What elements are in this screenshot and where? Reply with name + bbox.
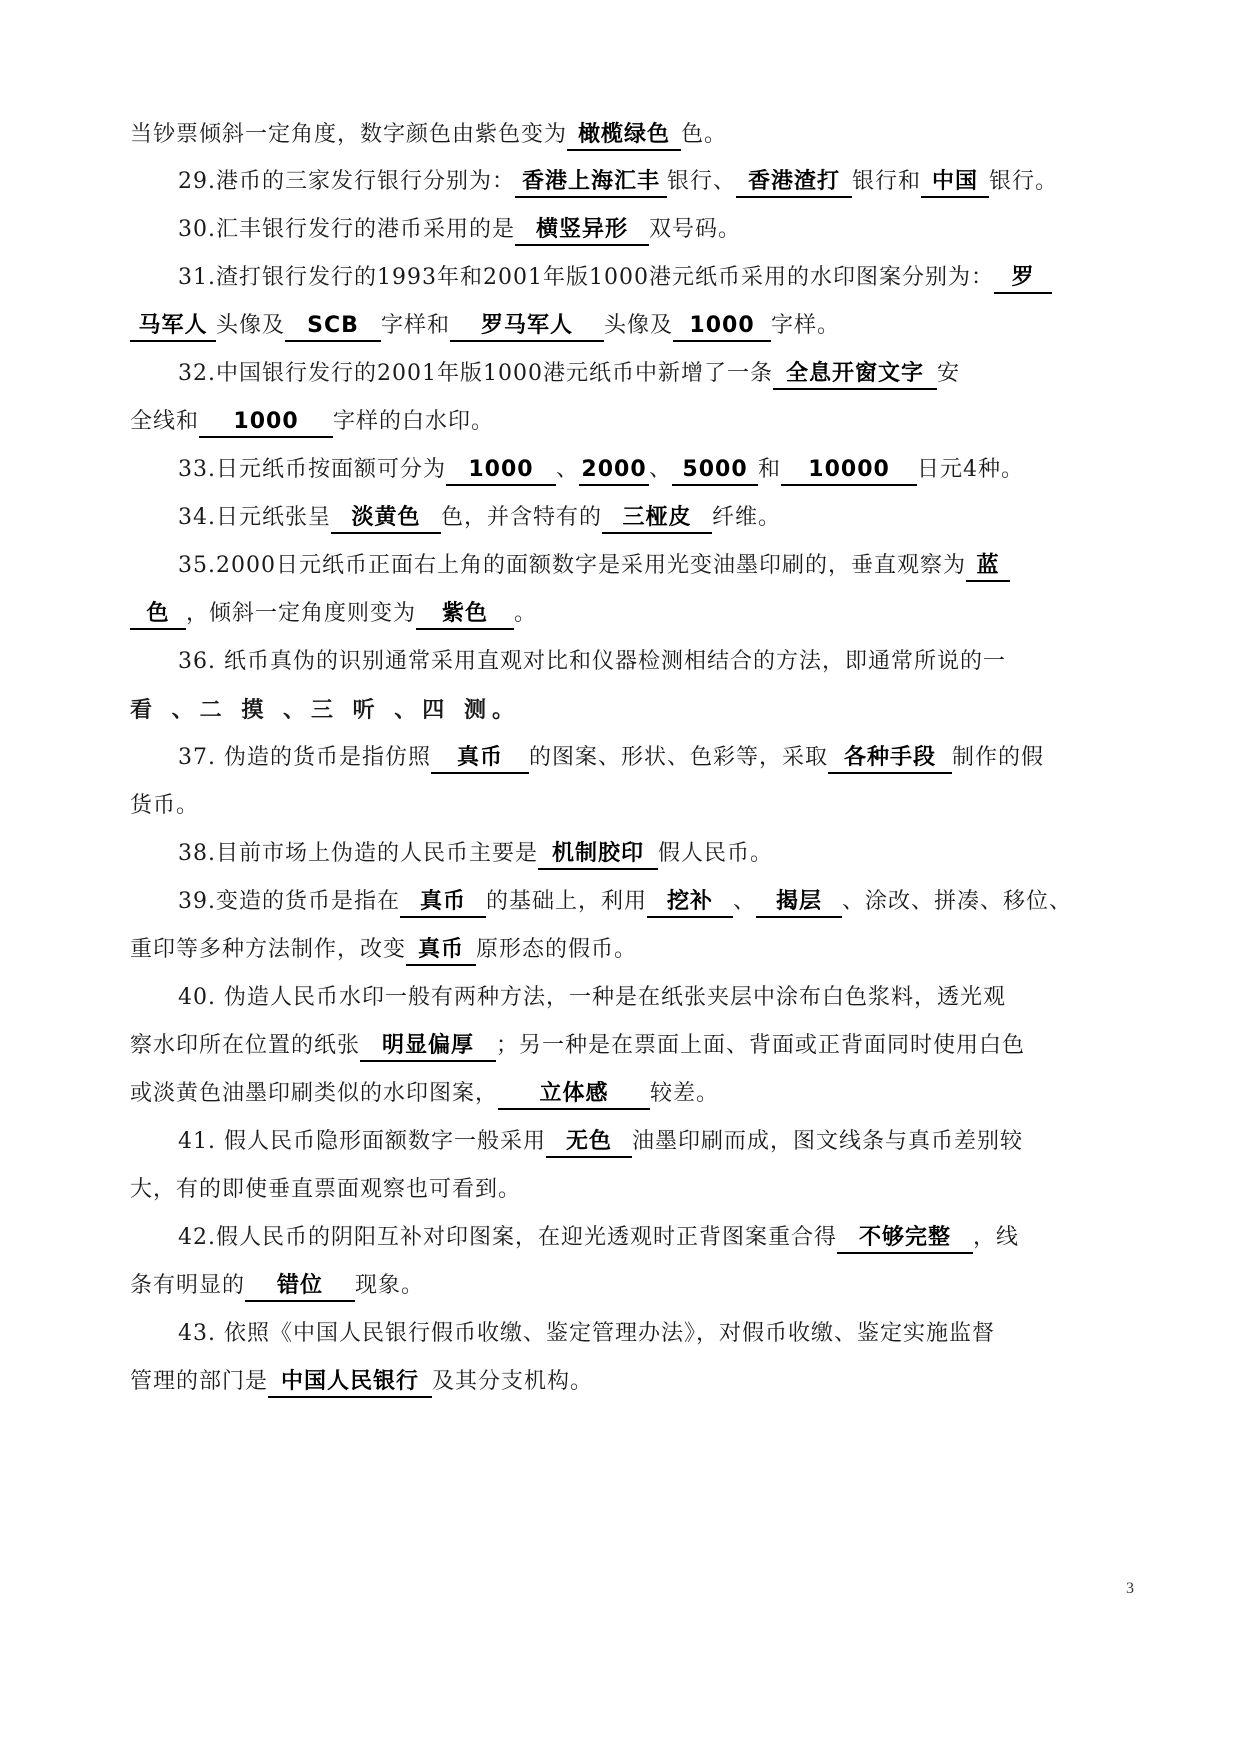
text-line-l40b: 察水印所在位置的纸张明显偏厚；另一种是在票面上面、背面或正背面同时使用白色	[130, 1029, 1140, 1063]
answer-blank: 1000	[446, 456, 556, 486]
text-segment: 当钞票倾斜一定角度，数字颜色由紫色变为	[130, 122, 567, 147]
text-line-l42b: 条有明显的错位现象。	[130, 1269, 1140, 1303]
text-line-l40a: 40. 伪造人民币水印一般有两种方法，一种是在纸张夹层中涂布白色浆料，透光观	[178, 981, 1138, 1015]
text-segment: 银行和	[852, 169, 921, 194]
answer-blank: 三桠皮	[602, 504, 712, 534]
document-page: 当钞票倾斜一定角度，数字颜色由紫色变为橄榄绿色色。29.港币的三家发行银行分别为…	[0, 0, 1241, 1754]
text-segment: 。	[514, 601, 537, 626]
answer-blank: 真币	[400, 888, 486, 918]
answer-blank: 罗	[994, 264, 1052, 294]
text-line-l32a: 32.中国银行发行的2001年版1000港元纸币中新增了一条全息开窗文字安	[178, 357, 1138, 391]
text-segment: 全线和	[130, 409, 199, 434]
text-segment: 银行。	[989, 169, 1058, 194]
answer-blank: 各种手段	[828, 744, 952, 774]
answer-blank: 无色	[546, 1128, 632, 1158]
answer-blank: 真币	[431, 744, 529, 774]
text-segment: 看 、二 摸 、三 听 、四 测。	[130, 697, 520, 723]
text-segment: ，倾斜一定角度则变为	[186, 601, 416, 626]
text-segment: 34.日元纸张呈	[178, 505, 331, 530]
text-segment: ；另一种是在票面上面、背面或正背面同时使用白色	[496, 1033, 1025, 1058]
text-segment: 原形态的假币。	[476, 937, 637, 962]
text-segment: 或淡黄色油墨印刷类似的水印图案，	[130, 1081, 498, 1106]
text-segment: 33.日元纸币按面额可分为	[178, 457, 446, 482]
answer-blank: 中国	[921, 168, 989, 198]
answer-blank: 错位	[245, 1272, 355, 1302]
answer-blank: 机制胶印	[538, 840, 658, 870]
text-segment: 银行、	[667, 169, 736, 194]
text-segment: 、	[556, 457, 579, 482]
text-segment: 41. 假人民币隐形面额数字一般采用	[178, 1129, 546, 1154]
text-line-l41b: 大，有的即使垂直票面观察也可看到。	[130, 1173, 1140, 1207]
text-segment: 头像及	[604, 313, 673, 338]
answer-blank: 5000	[672, 456, 758, 486]
answer-blank: 淡黄色	[331, 504, 441, 534]
text-segment: 较差。	[650, 1081, 719, 1106]
text-segment: 32.中国银行发行的2001年版1000港元纸币中新增了一条	[178, 361, 773, 386]
text-segment: 安	[937, 361, 960, 386]
text-line-l41a: 41. 假人民币隐形面额数字一般采用无色油墨印刷而成，图文线条与真币差别较	[178, 1125, 1138, 1159]
text-segment: 货币。	[130, 793, 199, 818]
text-segment: 假人民币。	[658, 841, 773, 866]
answer-blank: 揭层	[756, 888, 842, 918]
text-segment: 30.汇丰银行发行的港币采用的是	[178, 217, 515, 242]
text-line-l34: 34.日元纸张呈淡黄色色，并含特有的三桠皮纤维。	[178, 501, 1138, 535]
text-segment: 40. 伪造人民币水印一般有两种方法，一种是在纸张夹层中涂布白色浆料，透光观	[178, 985, 1006, 1010]
answer-blank: 橄榄绿色	[567, 121, 681, 151]
text-line-l35b: 色，倾斜一定角度则变为紫色。	[130, 597, 1140, 631]
text-line-l31a: 31.渣打银行发行的1993年和2001年版1000港元纸币采用的水印图案分别为…	[178, 261, 1138, 295]
text-line-l42a: 42.假人民币的阴阳互补对印图案，在迎光透观时正背图案重合得不够完整，线	[178, 1221, 1138, 1255]
answer-blank: 全息开窗文字	[773, 360, 937, 390]
text-segment: 察水印所在位置的纸张	[130, 1033, 360, 1058]
text-line-l31b: 马军人头像及SCB字样和罗马军人头像及1000字样。	[130, 309, 1140, 343]
text-line-l39a: 39.变造的货币是指在真币的基础上，利用挖补、揭层、涂改、拼凑、移位、	[178, 885, 1138, 919]
text-segment: 43. 依照《中国人民银行假币收缴、鉴定管理办法》，对假币收缴、鉴定实施监督	[178, 1321, 995, 1346]
text-segment: 35.2000日元纸币正面右上角的面额数字是采用光变油墨印刷的，垂直观察为	[178, 553, 966, 578]
text-segment: 37. 伪造的货币是指仿照	[178, 745, 431, 770]
answer-blank: 10000	[781, 456, 917, 486]
text-segment: 纤维。	[712, 505, 781, 530]
text-segment: 色，并含特有的	[441, 505, 602, 530]
text-segment: 29.港币的三家发行银行分别为：	[178, 169, 515, 194]
text-segment: 的图案、形状、色彩等，采取	[529, 745, 828, 770]
text-line-l36a: 36. 纸币真伪的识别通常采用直观对比和仪器检测相结合的方法，即通常所说的一	[178, 645, 1138, 679]
text-segment: 、	[649, 457, 672, 482]
text-line-l0: 当钞票倾斜一定角度，数字颜色由紫色变为橄榄绿色色。	[130, 118, 1140, 152]
page-number: 3	[1126, 1580, 1134, 1598]
text-segment: 字样和	[381, 313, 450, 338]
answer-blank: 横竖异形	[515, 216, 649, 246]
answer-blank: 真币	[406, 936, 476, 966]
text-segment: 头像及	[216, 313, 285, 338]
text-segment: 及其分支机构。	[432, 1369, 593, 1394]
text-line-l37a: 37. 伪造的货币是指仿照真币的图案、形状、色彩等，采取各种手段制作的假	[178, 741, 1138, 775]
text-segment: 36. 纸币真伪的识别通常采用直观对比和仪器检测相结合的方法，即通常所说的一	[178, 649, 1006, 674]
text-segment: 重印等多种方法制作，改变	[130, 937, 406, 962]
answer-blank: 马军人	[130, 312, 216, 342]
answer-blank: 中国人民银行	[268, 1368, 432, 1398]
text-line-l36b: 看 、二 摸 、三 听 、四 测。	[130, 693, 1140, 727]
text-line-l33: 33.日元纸币按面额可分为1000、2000、5000和10000日元4种。	[178, 453, 1138, 487]
text-segment: 双号码。	[649, 217, 741, 242]
text-segment: 现象。	[355, 1273, 424, 1298]
text-segment: 条有明显的	[130, 1273, 245, 1298]
text-segment: 色。	[681, 122, 727, 147]
text-segment: 管理的部门是	[130, 1369, 268, 1394]
text-line-l38: 38.目前市场上伪造的人民币主要是机制胶印假人民币。	[178, 837, 1138, 871]
text-segment: 38.目前市场上伪造的人民币主要是	[178, 841, 538, 866]
text-line-l43a: 43. 依照《中国人民银行假币收缴、鉴定管理办法》，对假币收缴、鉴定实施监督	[178, 1317, 1138, 1351]
text-line-l37b: 货币。	[130, 789, 1140, 823]
text-segment: 42.假人民币的阴阳互补对印图案，在迎光透观时正背图案重合得	[178, 1225, 837, 1250]
text-segment: 的基础上，利用	[486, 889, 647, 914]
answer-blank: 2000	[579, 456, 649, 486]
text-segment: 39.变造的货币是指在	[178, 889, 400, 914]
text-line-l40c: 或淡黄色油墨印刷类似的水印图案，立体感较差。	[130, 1077, 1140, 1111]
text-segment: 油墨印刷而成，图文线条与真币差别较	[632, 1129, 1023, 1154]
answer-blank: SCB	[285, 312, 381, 342]
text-segment: 大，有的即使垂直票面观察也可看到。	[130, 1177, 521, 1202]
answer-blank: 色	[130, 600, 186, 630]
answer-blank: 1000	[673, 312, 771, 342]
text-segment: 字样的白水印。	[333, 409, 494, 434]
answer-blank: 香港渣打	[736, 168, 852, 198]
text-line-l30: 30.汇丰银行发行的港币采用的是横竖异形双号码。	[178, 213, 1138, 247]
text-segment: 制作的假	[952, 745, 1044, 770]
answer-blank: 香港上海汇丰	[515, 168, 667, 198]
text-line-l29: 29.港币的三家发行银行分别为：香港上海汇丰银行、香港渣打银行和中国银行。	[178, 165, 1138, 199]
text-line-l39b: 重印等多种方法制作，改变真币原形态的假币。	[130, 933, 1140, 967]
answer-blank: 蓝	[966, 552, 1010, 582]
text-segment: 、涂改、拼凑、移位、	[842, 889, 1072, 914]
answer-blank: 罗马军人	[450, 312, 604, 342]
text-segment: 、	[733, 889, 756, 914]
answer-blank: 1000	[199, 408, 333, 438]
text-segment: ，线	[973, 1225, 1019, 1250]
answer-blank: 立体感	[498, 1080, 650, 1110]
answer-blank: 挖补	[647, 888, 733, 918]
text-line-l35a: 35.2000日元纸币正面右上角的面额数字是采用光变油墨印刷的，垂直观察为蓝	[178, 549, 1138, 583]
answer-blank: 紫色	[416, 600, 514, 630]
text-segment: 31.渣打银行发行的1993年和2001年版1000港元纸币采用的水印图案分别为…	[178, 265, 994, 290]
answer-blank: 明显偏厚	[360, 1032, 496, 1062]
text-segment: 和	[758, 457, 781, 482]
text-segment: 字样。	[771, 313, 840, 338]
text-segment: 日元4种。	[917, 457, 1024, 482]
answer-blank: 不够完整	[837, 1224, 973, 1254]
text-line-l43b: 管理的部门是中国人民银行及其分支机构。	[130, 1365, 1140, 1399]
text-line-l32b: 全线和1000字样的白水印。	[130, 405, 1140, 439]
